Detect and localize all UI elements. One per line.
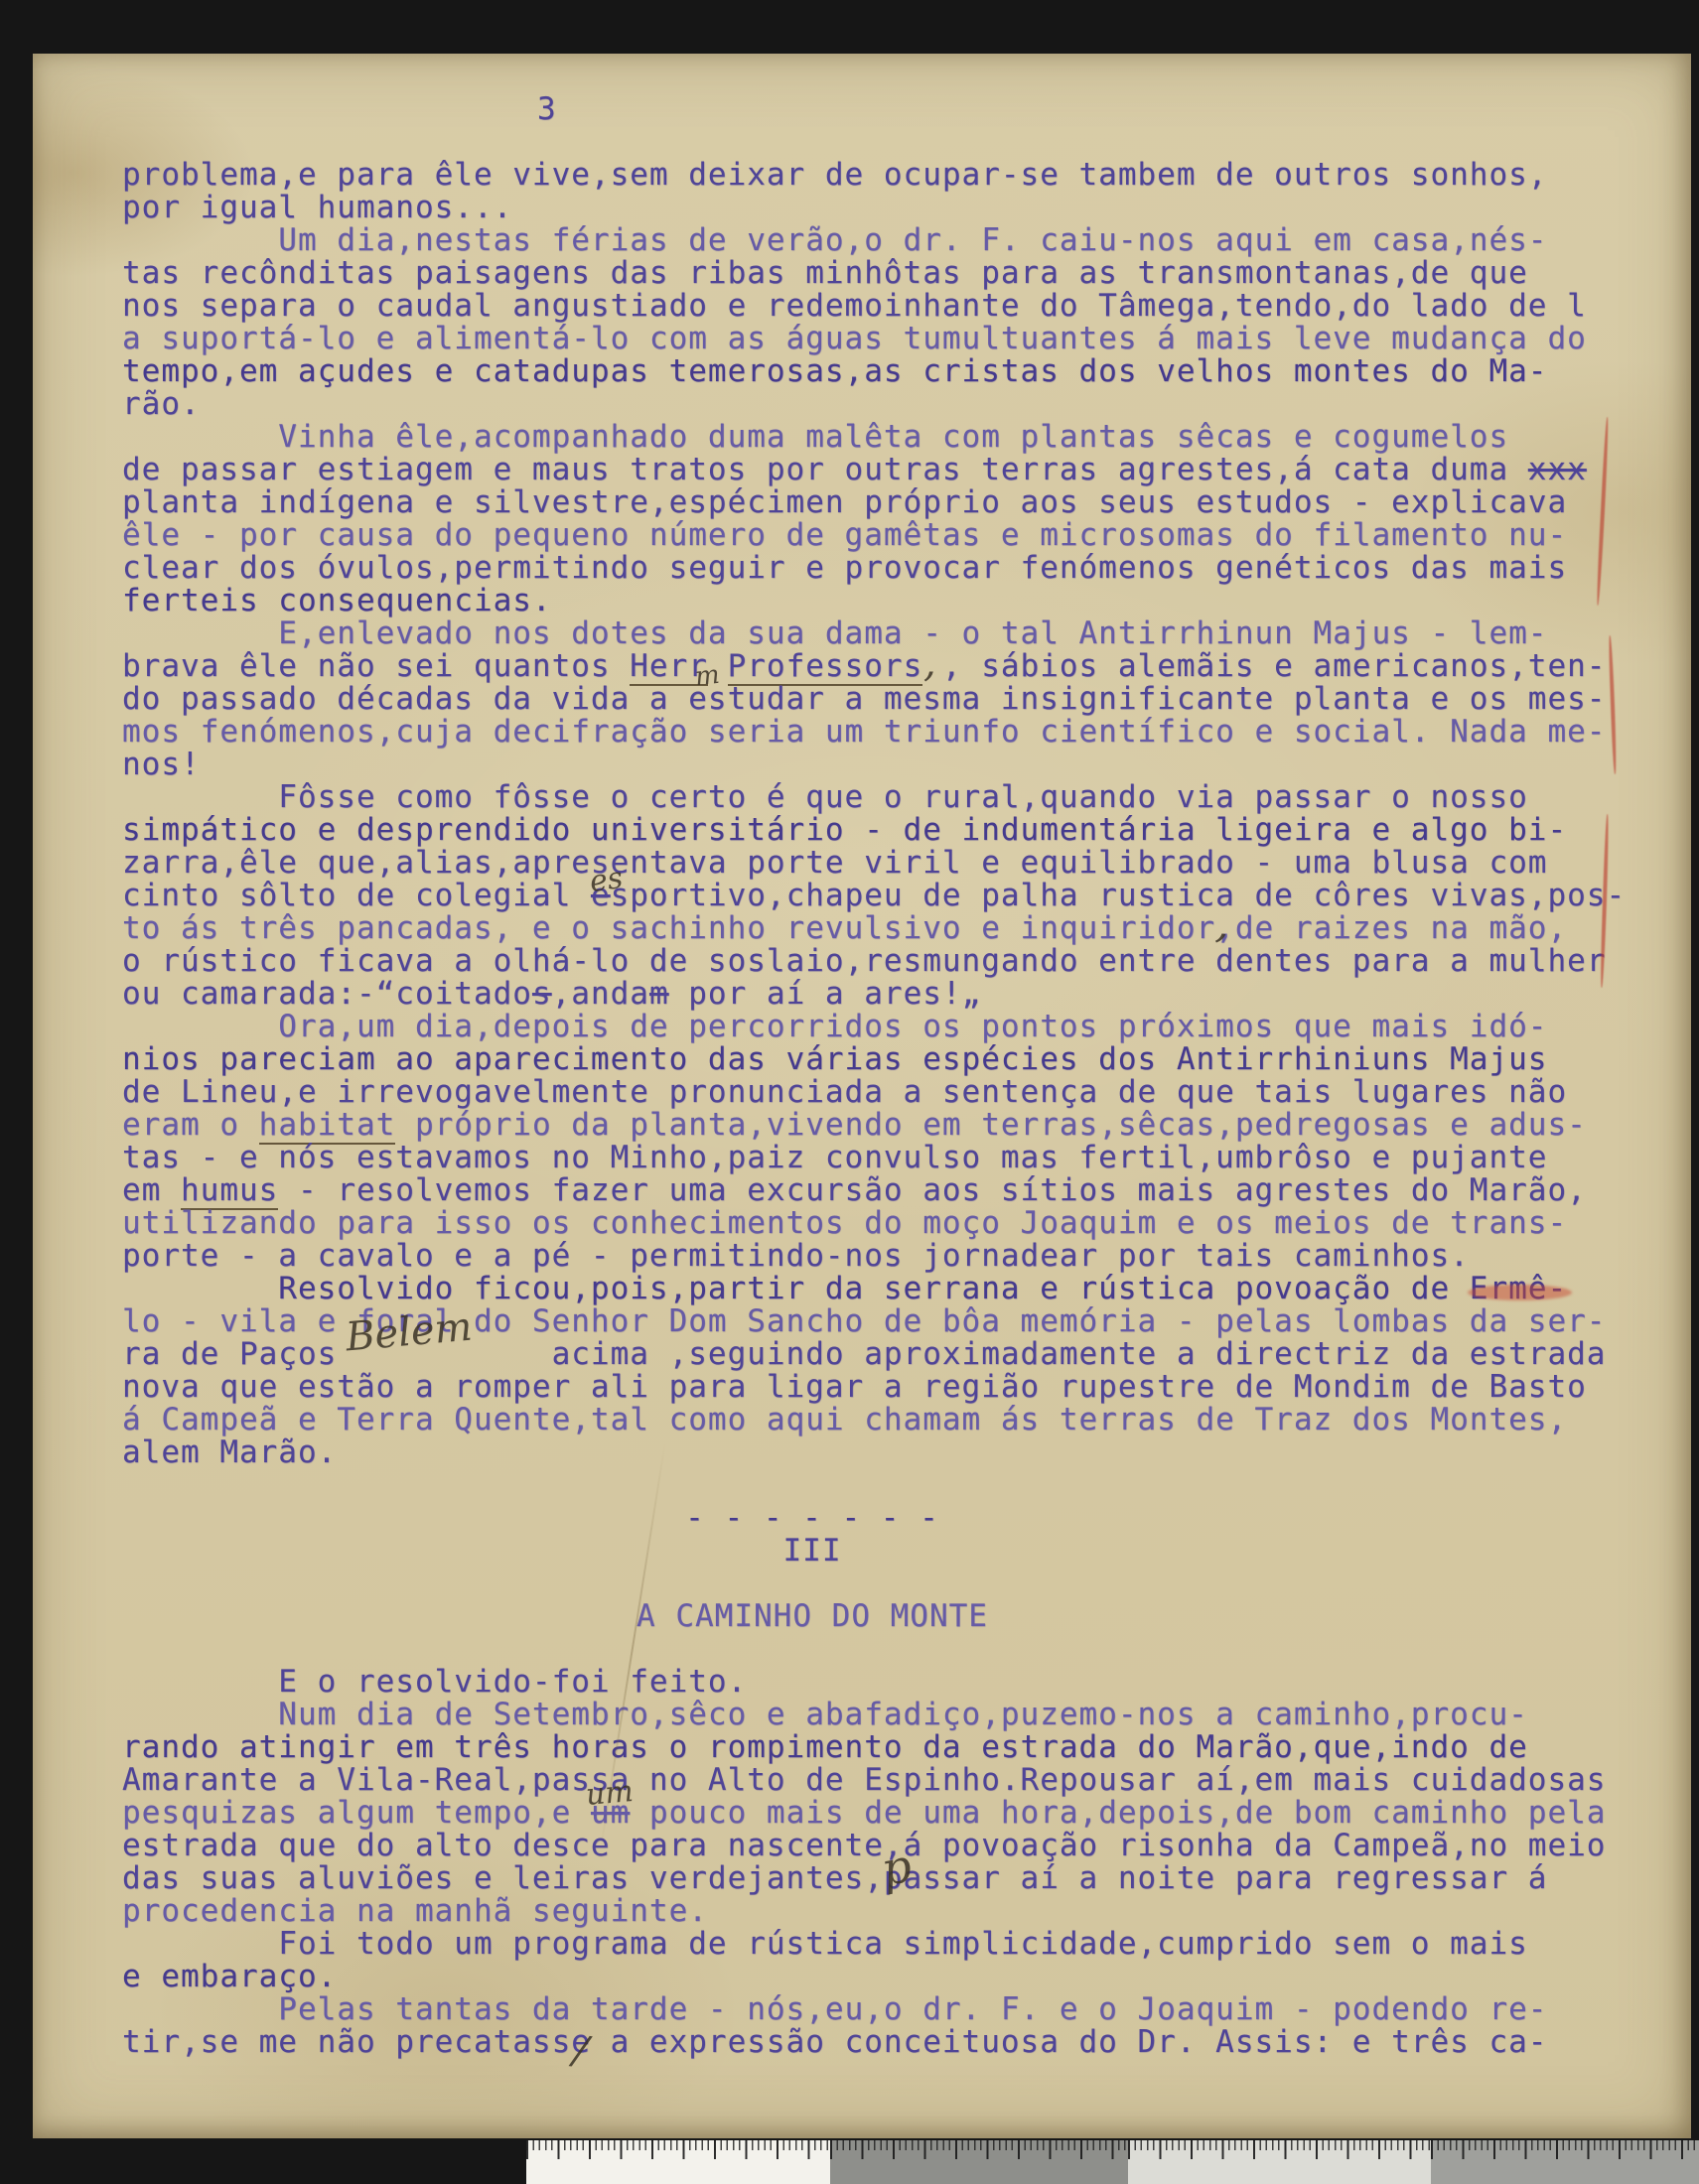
typed-line: planta indígena e silvestre,espécimen pr…	[122, 486, 1671, 519]
typed-line: tas - e nós estavamos no Minho,paiz conv…	[122, 1142, 1671, 1174]
typed-line: êle - por causa do pequeno número de gam…	[122, 519, 1671, 552]
typed-line: procedencia na manhã seguinte.	[122, 1895, 1671, 1928]
typed-line: Num dia de Setembro,sêco e abafadiço,puz…	[122, 1699, 1671, 1731]
typed-line: alem Marão.	[122, 1436, 1671, 1469]
typed-line: Amarante a Vila-Real,passa no Alto de Es…	[122, 1764, 1671, 1797]
typed-line: ferteis consequencias.	[122, 585, 1671, 617]
typed-line: problema,e para êle vive,sem deixar de o…	[122, 159, 1671, 192]
typed-line: nios pareciam ao aparecimento das várias…	[122, 1043, 1671, 1076]
typed-line: ou camarada:-“coitados,andam por aí a ar…	[122, 978, 1671, 1011]
page-number: 3	[537, 93, 1671, 126]
ruler-segment	[1128, 2140, 1431, 2184]
typed-line: Pelas tantas da tarde - nós,eu,o dr. F. …	[122, 1993, 1671, 2026]
typed-line: Resolvido ficou,pois,partir da serrana e…	[122, 1273, 1671, 1305]
typed-line: eram o habitat próprio da planta,vivendo…	[122, 1109, 1671, 1142]
typed-line	[122, 1633, 1671, 1666]
typed-line: o rústico ficava a olhá-lo de soslaio,re…	[122, 945, 1671, 978]
typed-line: A CAMINHO DO MONTE	[122, 1600, 1502, 1633]
typed-line: clear dos óvulos,permitindo seguir e pro…	[122, 552, 1671, 585]
typed-line: tir,se me não precatasse a expressão con…	[122, 2026, 1671, 2059]
typed-line: Foi todo um programa de rústica simplici…	[122, 1928, 1671, 1961]
photo-background: 3 problema,e para êle vive,sem deixar de…	[0, 0, 1699, 2184]
typed-line: lo - vila e foral do Senhor Dom Sancho d…	[122, 1305, 1671, 1338]
typed-line	[122, 1469, 1671, 1502]
document-page: 3 problema,e para êle vive,sem deixar de…	[33, 54, 1691, 2138]
typed-line: III	[122, 1535, 1502, 1568]
typed-line: E o resolvido-foi feito.	[122, 1666, 1671, 1699]
typed-line: nova que estão a romper ali para ligar a…	[122, 1371, 1671, 1404]
typed-line: Vinha êle,acompanhado duma malêta com pl…	[122, 421, 1671, 454]
ruler	[526, 2140, 1699, 2184]
ruler-segment	[1431, 2140, 1699, 2184]
typed-line: nos!	[122, 749, 1671, 781]
typed-line: por igual humanos...	[122, 192, 1671, 224]
typed-line: zarra,êle que,alias,apresentava porte vi…	[122, 847, 1671, 880]
typed-line: nos separa o caudal angustiado e redemoi…	[122, 290, 1671, 323]
typed-line: e embaraço.	[122, 1961, 1671, 1993]
typed-line: E,enlevado nos dotes da sua dama - o tal…	[122, 617, 1671, 650]
typed-line	[122, 1568, 1671, 1600]
typed-line: simpático e desprendido universitário - …	[122, 814, 1671, 847]
typed-line: rando atingir em três horas o rompimento…	[122, 1731, 1671, 1764]
typed-line: de passar estiagem e maus tratos por out…	[122, 454, 1671, 486]
typed-line: to ás três pancadas, e o sachinho revuls…	[122, 912, 1671, 945]
typed-line: - - - - - - -	[122, 1502, 1502, 1535]
typed-line: Ora,um dia,depois de percorridos os pont…	[122, 1011, 1671, 1043]
typed-line: utilizando para isso os conhecimentos do…	[122, 1207, 1671, 1240]
typed-line: brava êle não sei quantos Herr Professor…	[122, 650, 1671, 683]
typed-line: mos fenómenos,cuja decifração seria um t…	[122, 716, 1671, 749]
typed-line: a suportá-lo e alimentá-lo com as águas …	[122, 323, 1671, 355]
typed-line: Fôsse como fôsse o certo é que o rural,q…	[122, 781, 1671, 814]
typed-line: pesquizas algum tempo,e um pouco mais de…	[122, 1797, 1671, 1830]
typed-line: do passado décadas da vida a estudar a m…	[122, 683, 1671, 716]
typed-line: á Campeã e Terra Quente,tal como aqui ch…	[122, 1404, 1671, 1436]
typed-line: ra de Paços acima ,seguindo aproximadame…	[122, 1338, 1671, 1371]
typed-line: tempo,em açudes e catadupas temerosas,as…	[122, 355, 1671, 388]
typed-line: Um dia,nestas férias de verão,o dr. F. c…	[122, 224, 1671, 257]
typed-line: rão.	[122, 388, 1671, 421]
typed-text: 3 problema,e para êle vive,sem deixar de…	[122, 93, 1671, 2059]
ruler-segment	[526, 2140, 830, 2184]
typed-line: de Lineu,e irrevogavelmente pronunciada …	[122, 1076, 1671, 1109]
typed-line: das suas aluviões e leiras verdejantes,p…	[122, 1862, 1671, 1895]
typed-lines: problema,e para êle vive,sem deixar de o…	[122, 159, 1671, 2059]
typed-line: porte - a cavalo e a pé - permitindo-nos…	[122, 1240, 1671, 1273]
ruler-segment	[830, 2140, 1128, 2184]
typed-line: em humus - resolvemos fazer uma excursão…	[122, 1174, 1671, 1207]
typed-line: tas recônditas paisagens das ribas minhô…	[122, 257, 1671, 290]
typed-line: estrada que do alto desce para nascente,…	[122, 1830, 1671, 1862]
typed-line: cinto sôlto de colegial esportivo,chapeu…	[122, 880, 1671, 912]
